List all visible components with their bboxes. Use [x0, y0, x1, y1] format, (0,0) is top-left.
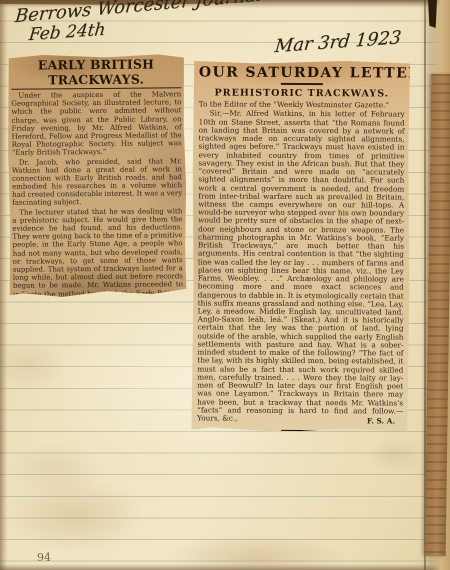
page-number: 94 [37, 551, 51, 564]
clipping-saturday-letter-bag: OUR SATURDAY LETTER BAG. PREHISTORIC TRA… [191, 59, 411, 433]
clipping-paragraph: The lecturer stated that he was dealing … [12, 207, 183, 298]
letter-end-rule [281, 430, 319, 431]
clipping-early-british-trackways: EARLY BRITISH TRACKWAYS. Under the auspi… [7, 53, 187, 298]
clipping-paragraph: Dr. Jacob, who presided, said that Mr. W… [12, 157, 182, 208]
clipping-masthead: OUR SATURDAY LETTER BAG. [199, 64, 405, 81]
page-left-edge [0, 0, 8, 570]
masthead-rule [281, 83, 323, 85]
handwritten-clipping-date: Mar 3rd 1923 [274, 27, 403, 57]
binding-dark-notch [428, 0, 437, 28]
handwritten-source-date: Feb 24th [28, 20, 107, 46]
clipping-paragraph: Under the auspices of the Malvern Geogra… [11, 90, 182, 157]
scrapbook-page: Berrows Worcester Journal Feb 24th Mar 3… [0, 0, 450, 570]
clipping-subhead: PREHISTORIC TRACKWAYS. [199, 87, 405, 99]
letter-body: Sir,—Mr. Alfred Watkins, in his letter o… [197, 110, 405, 424]
clipping-headline: EARLY BRITISH TRACKWAYS. [11, 56, 181, 89]
page-bottom-edge [0, 564, 450, 570]
